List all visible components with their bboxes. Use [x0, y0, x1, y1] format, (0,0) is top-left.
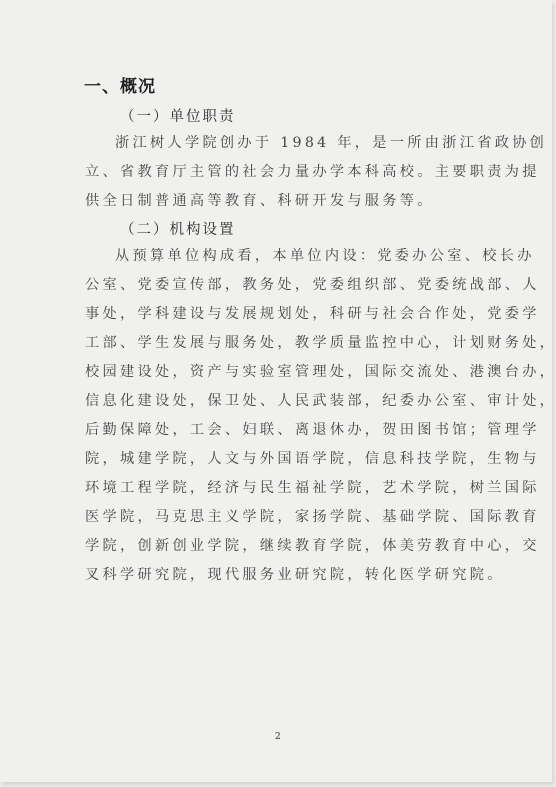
text-line: 后勤保障处，工会、妇联、离退休办，贺田图书馆；管理学 — [85, 416, 475, 445]
text-line: 学院，创新创业学院，继续教育学院，体美劳教育中心，交 — [85, 532, 475, 561]
text-line: 校园建设处，资产与实验室管理处，国际交流处、港澳台办， — [85, 358, 475, 387]
text-line: 院，城建学院，人文与外国语学院，信息科技学院，生物与 — [85, 445, 475, 474]
text-line: 医学院，马克思主义学院，家扬学院、基础学院、国际教育 — [85, 503, 475, 532]
section-heading: 一、概况 — [84, 72, 156, 97]
text-line: 环境工程学院，经济与民生福祉学院，艺术学院，树兰国际 — [85, 474, 475, 503]
text-line: 从预算单位构成看，本单位内设：党委办公室、校长办 — [85, 242, 475, 271]
text-line: 浙江树人学院创办于 1984 年，是一所由浙江省政协创 — [85, 129, 475, 158]
subsection-heading-responsibilities: （一）单位职责 — [120, 105, 236, 126]
subsection-heading-organization: （二）机构设置 — [120, 218, 236, 239]
text-line: 信息化建设处，保卫处、人民武装部，纪委办公室、审计处， — [85, 387, 475, 416]
document-page: 一、概况 （一）单位职责 浙江树人学院创办于 1984 年，是一所由浙江省政协创… — [0, 0, 552, 782]
text-line: 工部、学生发展与服务处，教学质量监控中心，计划财务处， — [85, 329, 475, 358]
text-line: 供全日制普通高等教育、科研开发与服务等。 — [85, 187, 475, 216]
page-number: 2 — [275, 732, 281, 742]
text-line: 事处，学科建设与发展规划处，科研与社会合作处，党委学 — [85, 300, 475, 329]
paragraph-responsibilities: 浙江树人学院创办于 1984 年，是一所由浙江省政协创 立、省教育厅主管的社会力… — [85, 129, 475, 216]
text-line: 公室、党委宣传部，教务处，党委组织部、党委统战部、人 — [85, 271, 475, 300]
text-line: 立、省教育厅主管的社会力量办学本科高校。主要职责为提 — [85, 158, 475, 187]
paragraph-organization: 从预算单位构成看，本单位内设：党委办公室、校长办 公室、党委宣传部，教务处，党委… — [85, 242, 475, 590]
text-line: 叉科学研究院，现代服务业研究院，转化医学研究院。 — [85, 561, 475, 590]
